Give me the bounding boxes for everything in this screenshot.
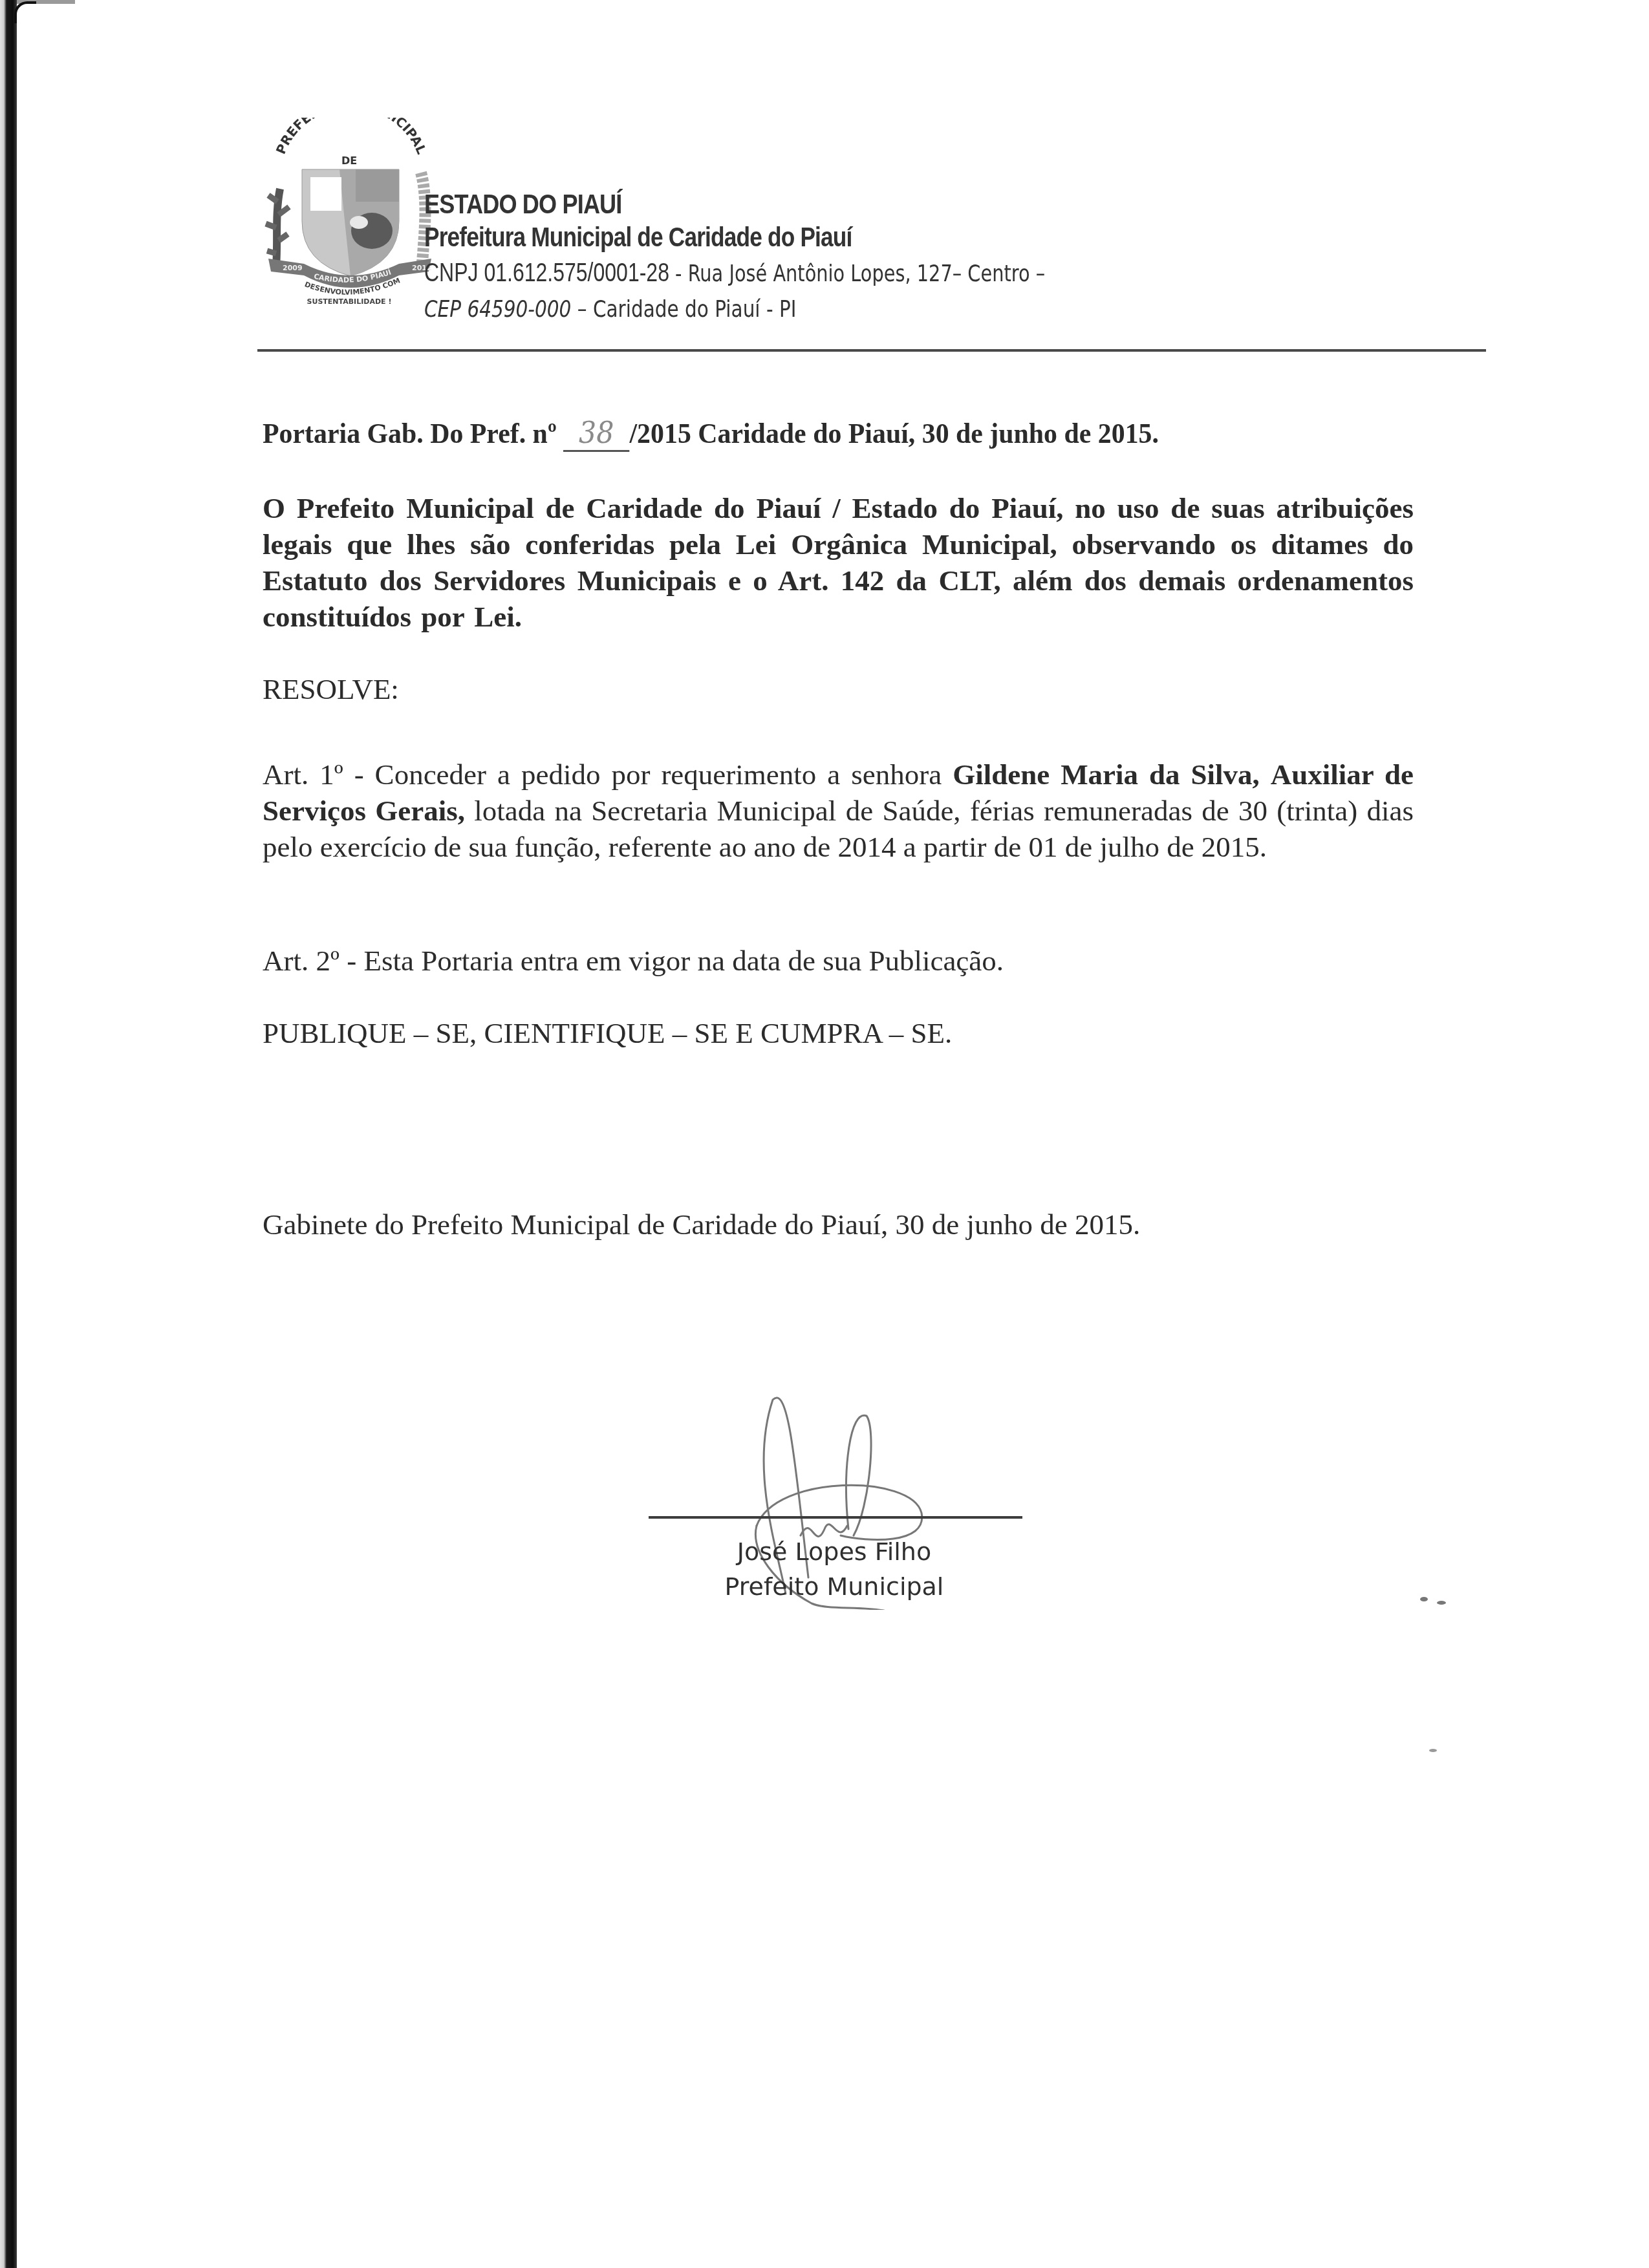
signature-line [649, 1516, 1022, 1519]
title-prefix: Portaria Gab. Do Pref. nº [263, 417, 563, 449]
municipal-coat-of-arms-icon: PREFEITURA MUNICIPAL DE 2009 2012 CARIDA… [262, 118, 436, 305]
scan-speck [1437, 1601, 1446, 1605]
header-divider [257, 349, 1486, 352]
article-1-text-before: - Conceder a pedido por requerimento a s… [343, 758, 953, 791]
scan-border [0, 0, 17, 2268]
signatory-name: José Lopes Filho [647, 1537, 1022, 1566]
intro-paragraph: O Prefeito Municipal de Caridade do Piau… [263, 490, 1414, 635]
svg-text:PREFEITURA MUNICIPAL: PREFEITURA MUNICIPAL [273, 118, 430, 156]
logo-arc-text: PREFEITURA MUNICIPAL [273, 118, 430, 156]
resolve-heading: RESOLVE: [263, 672, 399, 706]
employee-name: Gildene Maria da Silva, [953, 758, 1260, 791]
article-2-text: - Esta Portaria entra em vigor na data d… [339, 945, 1004, 977]
state-name: ESTADO DO PIAUÍ [424, 189, 622, 220]
article-1-label: Art. 1º [263, 758, 343, 791]
cep: CEP 64590-000 [424, 296, 571, 323]
cep-line: CEP 64590-000 – Caridade do Piauí - PI [424, 296, 797, 323]
article-1: Art. 1º - Conceder a pedido por requerim… [263, 756, 1414, 865]
street-address: - Rua José Antônio Lopes, 127– Centro – [669, 261, 1045, 287]
article-2-label: Art. 2º [263, 945, 339, 977]
article-2: Art. 2º - Esta Portaria entra em vigor n… [263, 944, 1004, 978]
prefecture-name: Prefeitura Municipal de Caridade do Piau… [424, 222, 852, 253]
signatory-title: Prefeito Municipal [647, 1572, 1022, 1601]
portaria-number: 38 [563, 415, 629, 452]
page-corner [14, 1, 36, 23]
publique-line: PUBLIQUE – SE, CIENTIFIQUE – SE E CUMPRA… [263, 1016, 952, 1050]
closing-line: Gabinete do Prefeito Municipal de Carida… [263, 1208, 1140, 1241]
portaria-title: Portaria Gab. Do Pref. nº 38/2015 Carida… [263, 415, 1159, 452]
city: – Caridade do Piauí - PI [571, 296, 796, 323]
scan-speck [1429, 1749, 1437, 1752]
title-suffix: /2015 Caridade do Piauí, 30 de junho de … [629, 417, 1159, 449]
logo-ribbon-year-left: 2009 [283, 264, 303, 272]
cnpj: CNPJ 01.612.575/0001-28 [424, 259, 669, 287]
cnpj-address-line: CNPJ 01.612.575/0001-28 - Rua José Antôn… [424, 259, 1045, 288]
scan-speck [1420, 1597, 1428, 1601]
logo-motto-line2: SUSTENTABILIDADE ! [307, 297, 392, 305]
logo-center-text: DE [341, 155, 357, 167]
